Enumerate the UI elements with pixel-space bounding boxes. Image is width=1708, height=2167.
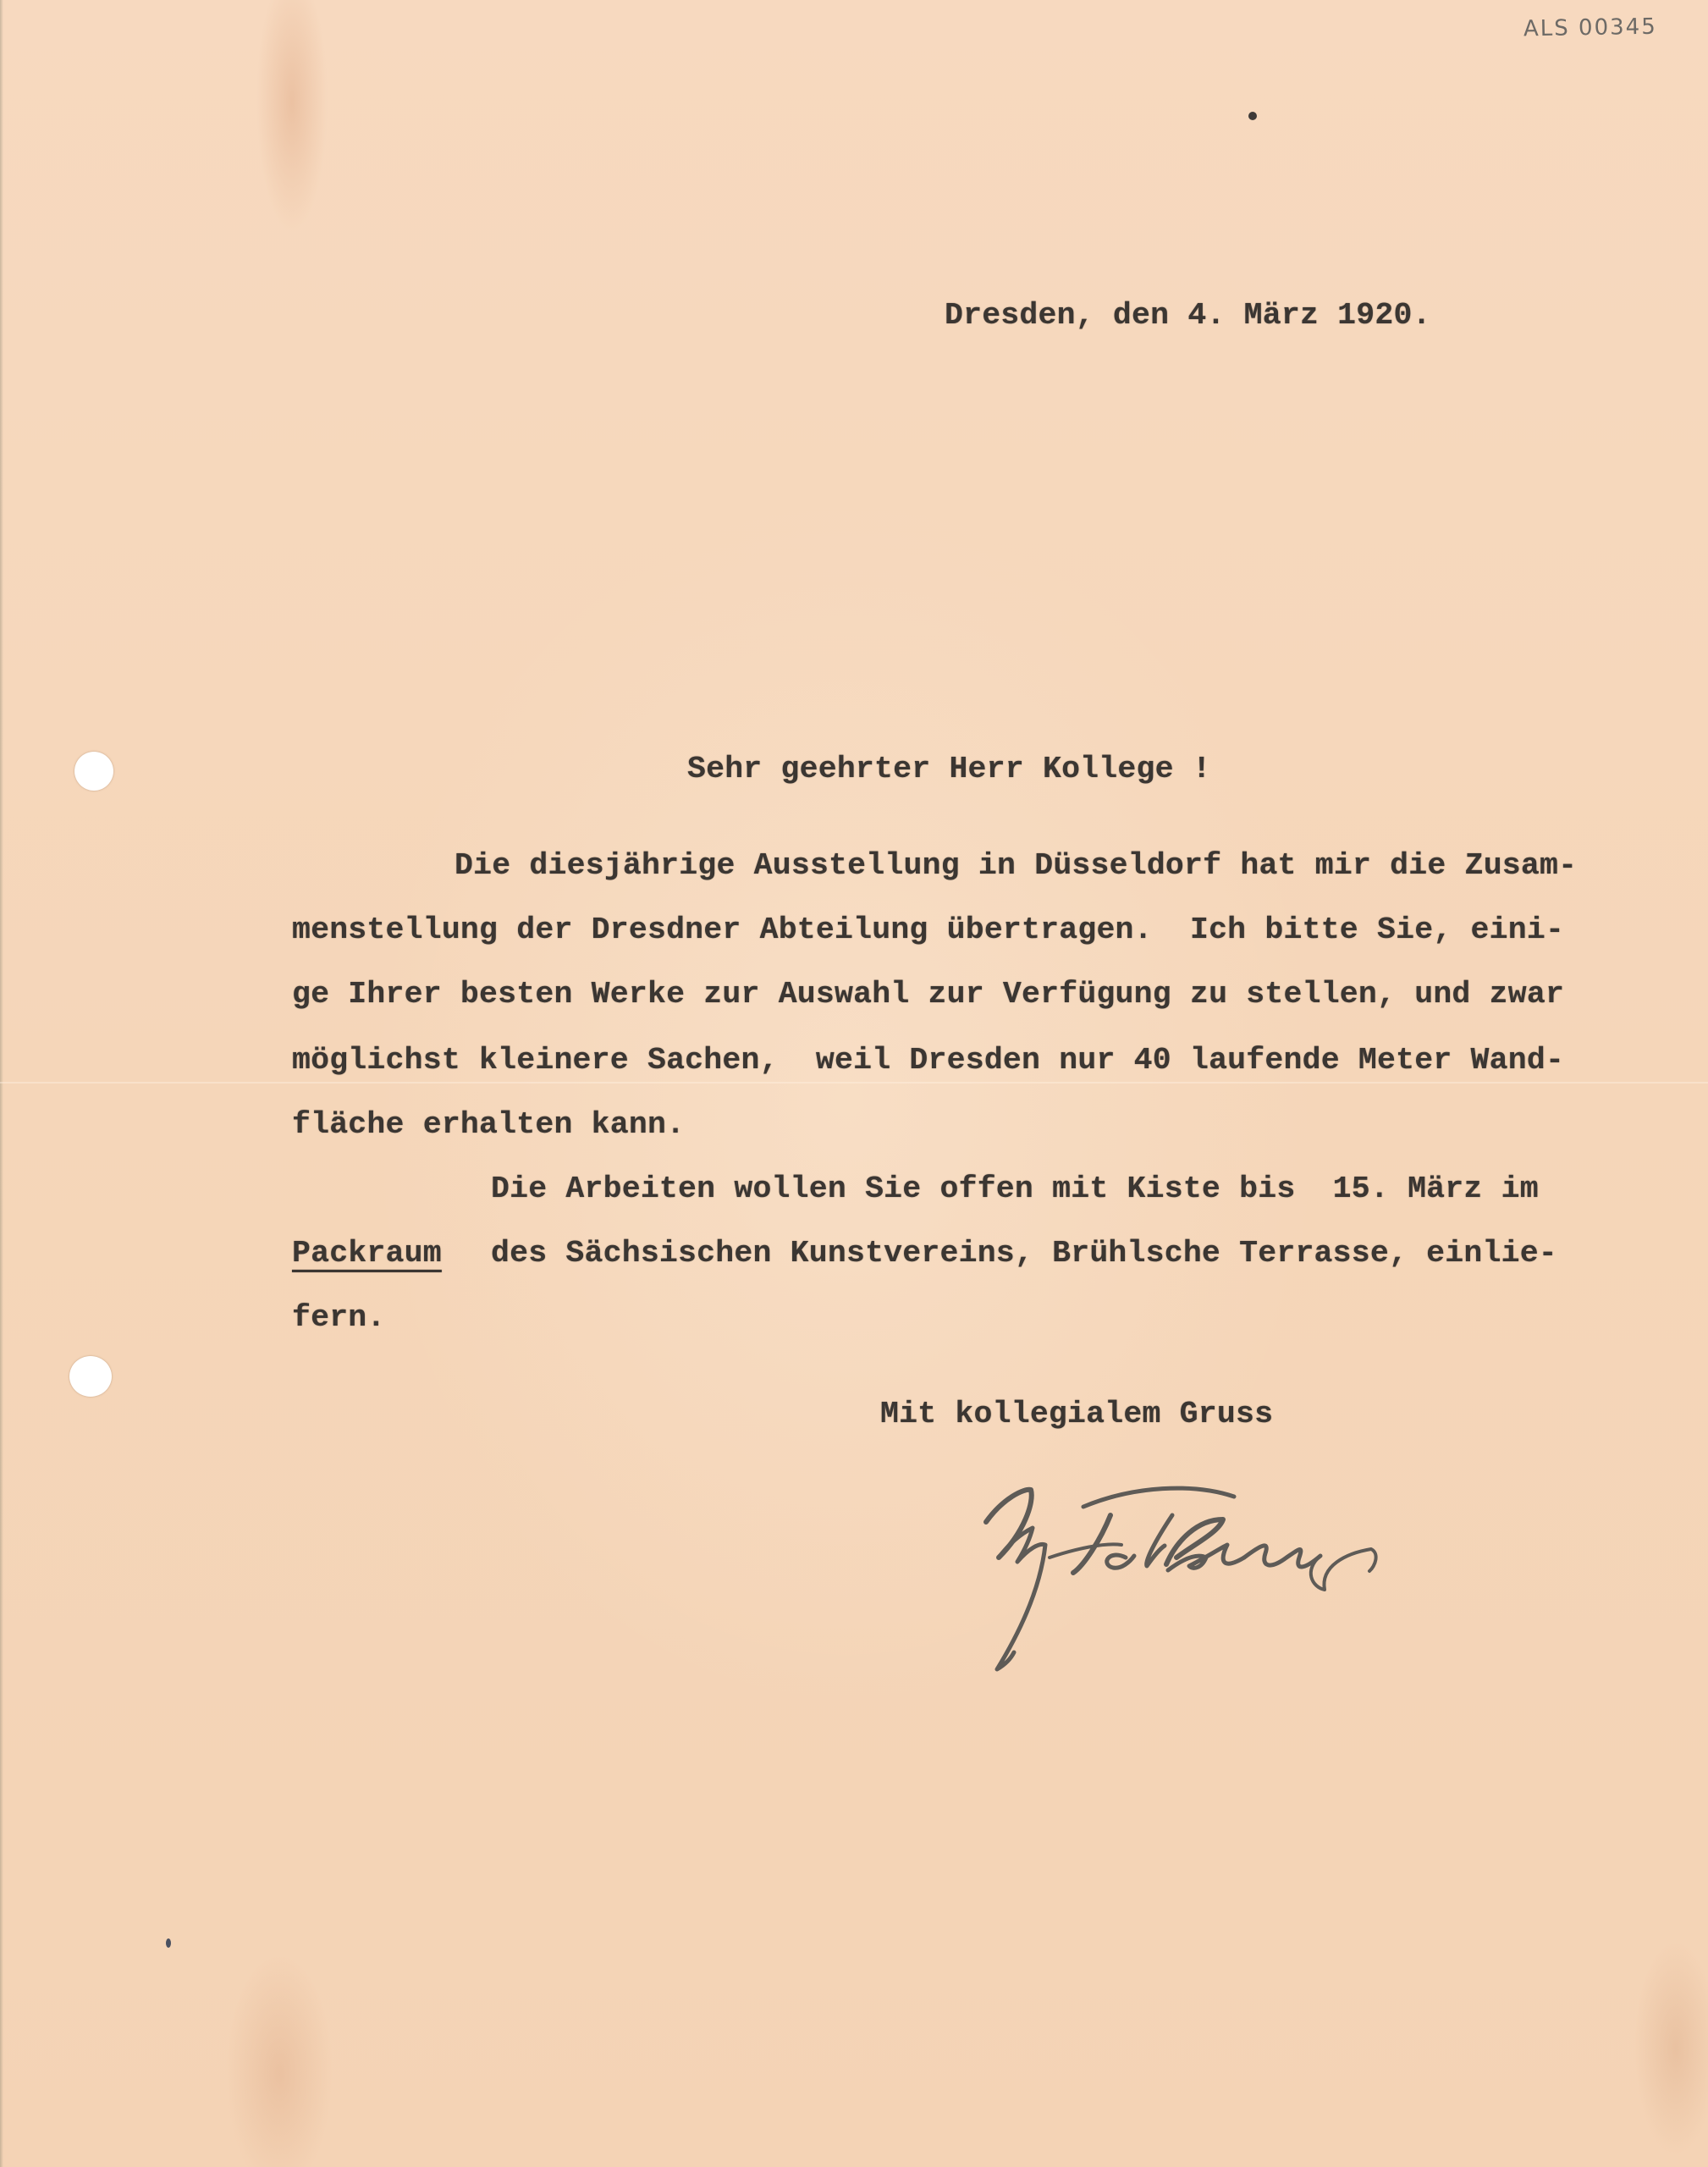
letter-page: ALS 00345 Dresden, den 4. März 1920. Seh…	[0, 0, 1708, 2167]
salutation: Sehr geehrter Herr Kollege !	[687, 752, 1211, 786]
body-line: fern.	[292, 1300, 386, 1335]
ink-speck	[166, 1938, 171, 1948]
page-edge	[0, 0, 3, 2167]
body-line: ge Ihrer besten Werke zur Auswahl zur Ve…	[292, 977, 1564, 1012]
closing: Mit kollegialem Gruss	[880, 1397, 1273, 1431]
signature-icon	[965, 1464, 1388, 1676]
body-line: möglichst kleinere Sachen, weil Dresden …	[292, 1043, 1564, 1078]
underlined-word-packraum: Packraum	[292, 1236, 442, 1271]
body-line: des Sächsischen Kunstvereins, Brühlsche …	[491, 1236, 1557, 1271]
body-line: Die diesjährige Ausstellung in Düsseldor…	[455, 848, 1577, 883]
archive-id-pencil-note: ALS 00345	[1523, 14, 1657, 42]
ink-speck	[1248, 112, 1257, 120]
body-line: fläche erhalten kann.	[292, 1107, 685, 1142]
place-date: Dresden, den 4. März 1920.	[945, 298, 1431, 333]
body-line: menstellung der Dresdner Abteilung übert…	[292, 913, 1564, 947]
punch-hole-bottom	[69, 1356, 112, 1397]
punch-hole-top	[74, 752, 113, 791]
paper-fold	[0, 1082, 1708, 1083]
body-line: Die Arbeiten wollen Sie offen mit Kiste …	[491, 1172, 1539, 1206]
